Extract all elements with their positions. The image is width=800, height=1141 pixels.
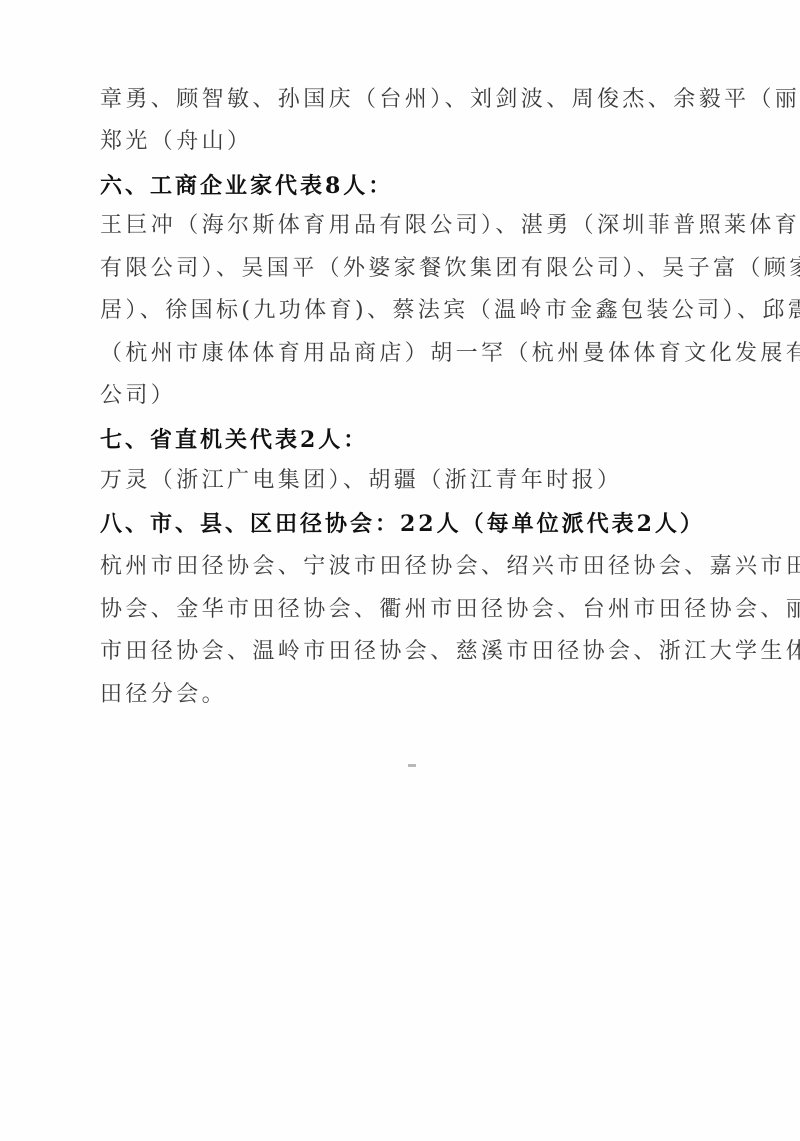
scan-artifact-mark [408,764,416,767]
section-heading-6: 六、工商企业家代表8人： [100,172,393,200]
text-line-13: 协会、金华市田径协会、衢州市田径协会、台州市田径协会、丽水 [100,596,800,624]
section-heading-7: 七、省直机关代表2人： [100,426,368,454]
document-page: 章勇、顾智敏、孙国庆（台州）、刘剑波、周俊杰、余毅平（丽水）、 郑光（舟山） 六… [0,0,800,1141]
text-line-1: 章勇、顾智敏、孙国庆（台州）、刘剑波、周俊杰、余毅平（丽水）、 [100,86,800,114]
text-line-15: 田径分会。 [100,681,227,709]
text-line-12: 杭州市田径协会、宁波市田径协会、绍兴市田径协会、嘉兴市田径 [100,553,800,581]
text-line-2: 郑光（舟山） [100,128,252,156]
text-line-7: （杭州市康体体育用品商店）胡一罕（杭州曼体体育文化发展有限 [100,340,800,368]
section-heading-8: 八、市、县、区田径协会：22人（每单位派代表2人） [100,510,705,538]
text-line-6: 居）、徐国标(九功体育)、蔡法宾（温岭市金鑫包装公司）、邱震年 [100,297,800,325]
text-line-8: 公司） [100,382,176,410]
text-line-5: 有限公司）、吴国平（外婆家餐饮集团有限公司）、吴子富（顾家家 [100,255,800,283]
text-line-4: 王巨冲（海尔斯体育用品有限公司）、湛勇（深圳菲普照莱体育发展 [100,212,800,240]
text-line-10: 万灵（浙江广电集团）、胡疆（浙江青年时报） [100,467,622,495]
text-line-14: 市田径协会、温岭市田径协会、慈溪市田径协会、浙江大学生体协 [100,638,800,666]
